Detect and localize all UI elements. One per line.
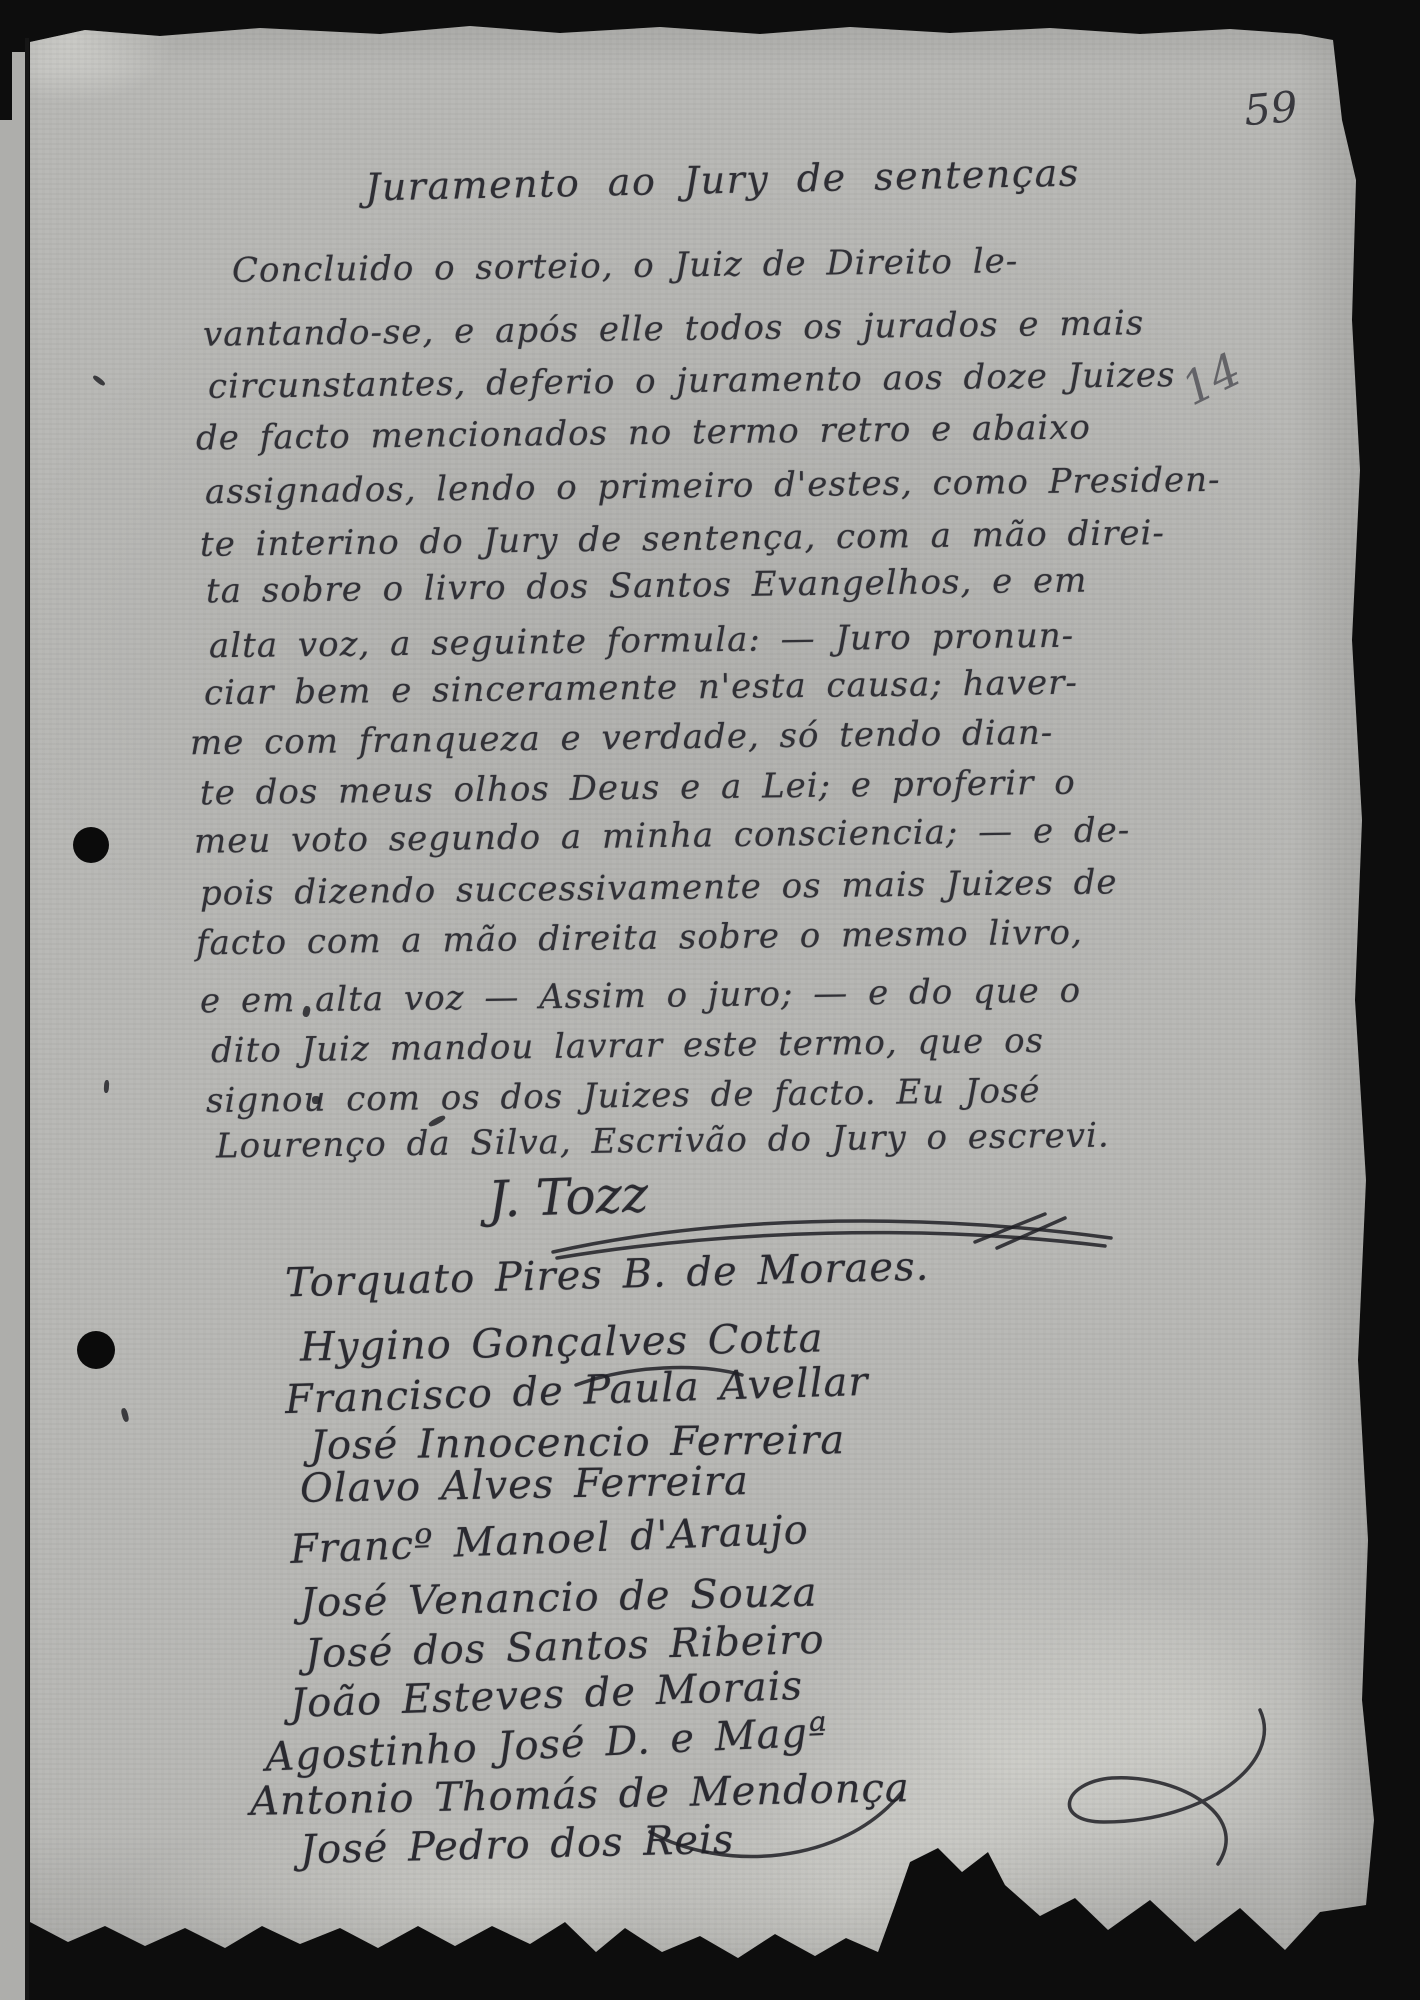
- scanned-document: 59 14 Juramento ao Jury de sentenças Con…: [0, 0, 1420, 2000]
- juror-signature: Olavo Alves Ferreira: [300, 1458, 750, 1512]
- manuscript-page: 59 14 Juramento ao Jury de sentenças Con…: [0, 0, 1420, 2000]
- hole-punch: [77, 1331, 115, 1369]
- paraph-flourish: [1020, 1700, 1300, 1890]
- adjacent-page-edge: [0, 52, 26, 2000]
- paraph-flourish: [640, 1770, 920, 1880]
- paraph-flourish: [570, 1355, 750, 1395]
- page-number: 59: [1242, 82, 1300, 135]
- page-gutter-line: [25, 38, 29, 2000]
- ink-speck: [312, 1096, 320, 1104]
- scan-corner-shadow: [0, 0, 12, 120]
- hole-punch: [73, 827, 109, 863]
